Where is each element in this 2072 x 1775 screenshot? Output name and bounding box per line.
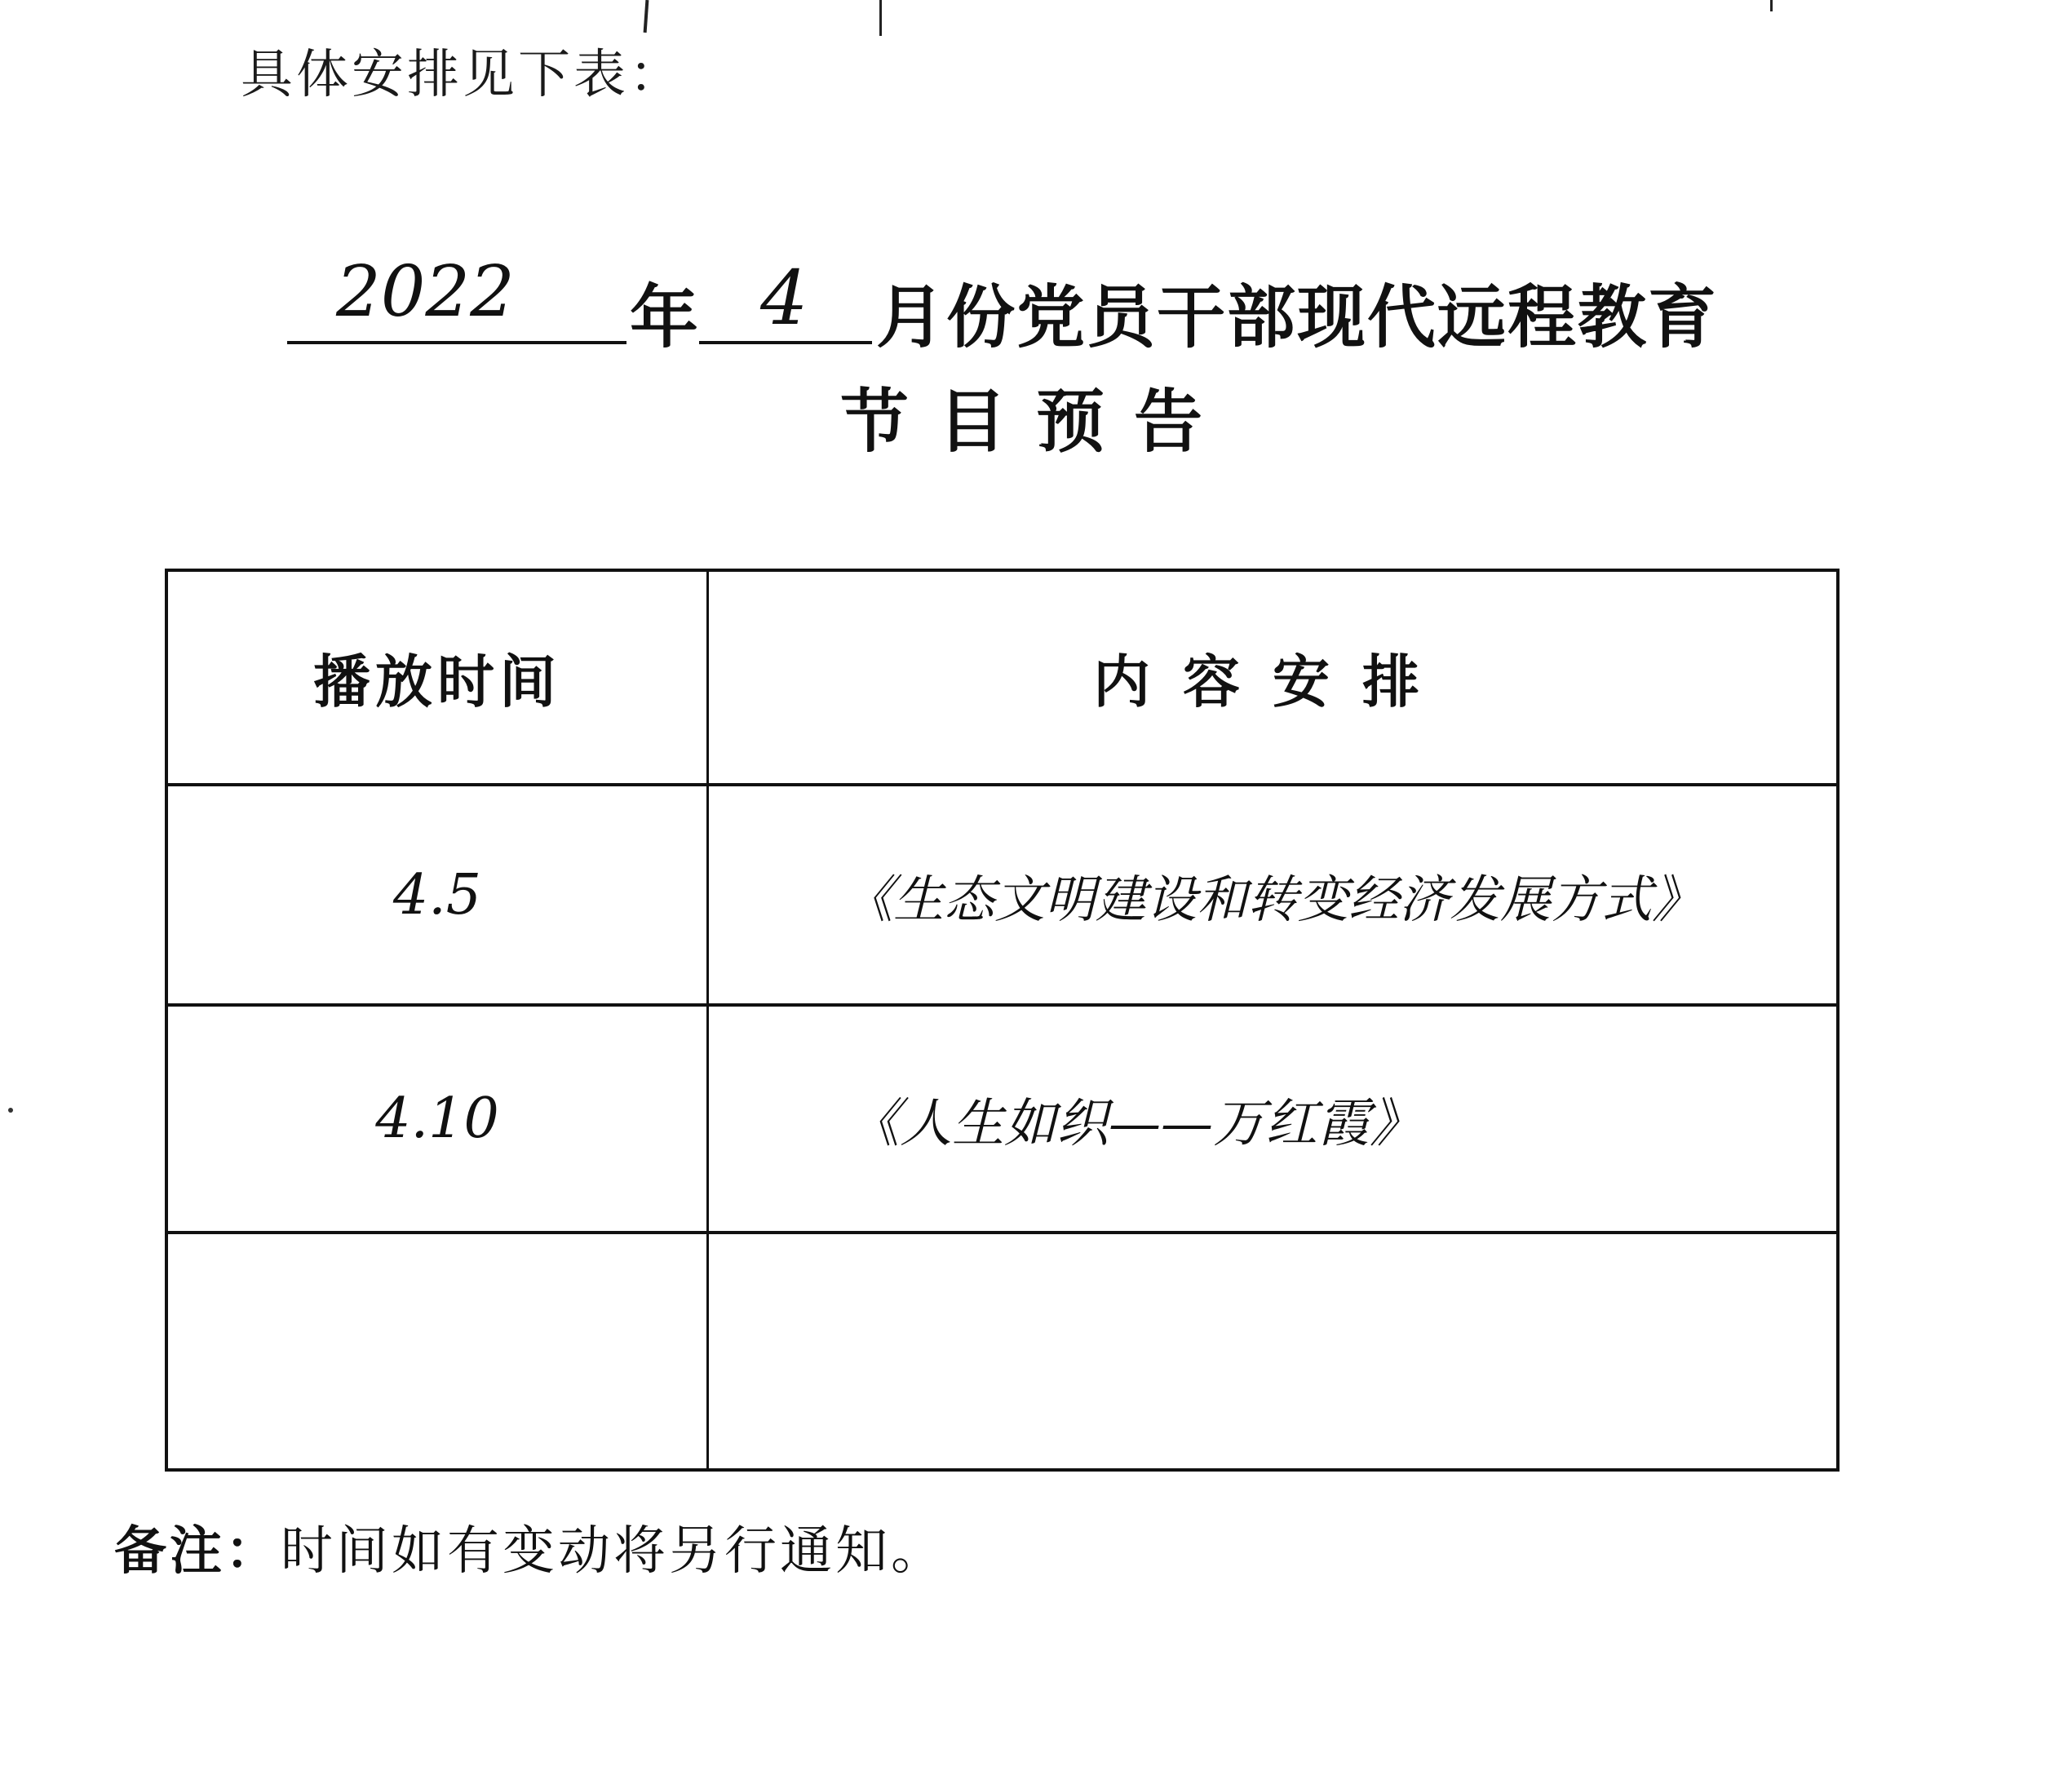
title-rest: 月份党员干部现代远程教育 (876, 263, 1718, 361)
schedule-table: 播放时间 内容安排 4.5 《生态文明建设和转变经济发展方式》 4.10 《人生… (165, 569, 1840, 1472)
intro-text: 具体安排见下表： (241, 33, 684, 108)
stray-pen-mark (1770, 0, 1773, 11)
document-title: 2022 年 4 月份党员干部现代远程教育 (287, 259, 1723, 349)
row-2-content: 《人生如织——万红霞》 (709, 1007, 1836, 1231)
footnote-label: 备注： (114, 1521, 281, 1582)
stray-pen-mark (644, 0, 649, 33)
stray-pen-mark (879, 0, 882, 36)
header-content: 内容安排 (709, 572, 1836, 783)
row-2-time: 4.10 (168, 1007, 706, 1231)
row-3-time (168, 1234, 706, 1468)
year-handwritten: 2022 (336, 251, 515, 333)
footnote: 备注：时间如有变动将另行通知。 (114, 1509, 946, 1584)
row-1-time: 4.5 (168, 786, 706, 1003)
row-3-content (709, 1234, 1836, 1468)
header-broadcast-time: 播放时间 (168, 572, 706, 783)
row-1-content: 《生态文明建设和转变经济发展方式》 (709, 786, 1836, 1003)
document-subtitle: 节目预告 (0, 367, 2072, 466)
month-handwritten: 4 (760, 255, 808, 342)
year-label: 年 (630, 263, 700, 361)
footnote-text: 时间如有变动将另行通知。 (281, 1521, 946, 1582)
stray-dot (8, 1108, 13, 1113)
